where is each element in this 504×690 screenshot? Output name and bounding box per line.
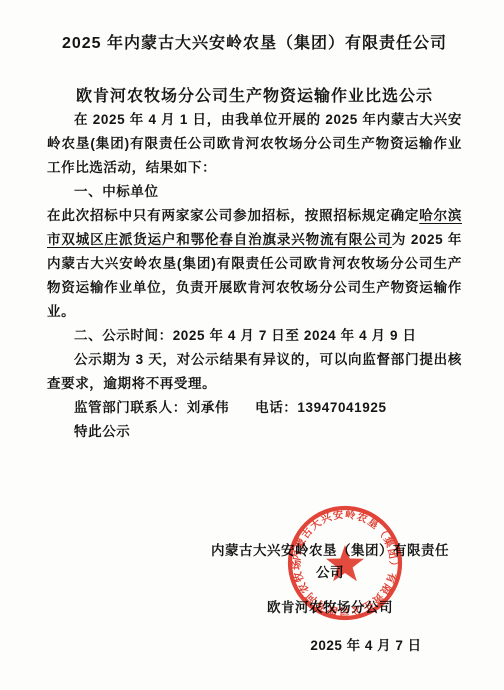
signature-block: 内蒙古大兴安岭农垦（集团）有限责任公司 欧肯河农牧场分公司 2025 年 4 月… [210, 540, 450, 657]
signature-date: 2025 年 4 月 7 日 [210, 635, 450, 657]
contact-phone: 电话：13947041925 [255, 400, 387, 415]
document-body: 2025 年内蒙古大兴安岭农垦（集团）有限责任公司 欧肯河农牧场分公司生产物资运… [47, 33, 462, 444]
section1-heading: 一、中标单位 [47, 180, 462, 204]
document-page: 2025 年内蒙古大兴安岭农垦（集团）有限责任公司 欧肯河农牧场分公司生产物资运… [0, 0, 504, 690]
document-title-line1: 2025 年内蒙古大兴安岭农垦（集团）有限责任公司 [47, 33, 462, 55]
signature-company-line1: 内蒙古大兴安岭农垦（集团）有限责任公司 [210, 540, 450, 584]
section2-publicity-period: 二、公示时间：2025 年 4 月 7 日至 2024 年 4 月 9 日 [47, 324, 462, 348]
opening-paragraph: 在 2025 年 4 月 1 日，由我单位开展的 2025 年内蒙古大兴安岭农垦… [47, 108, 462, 180]
contact-person: 监管部门联系人：刘承伟 [74, 400, 229, 415]
document-title-line2: 欧肯河农牧场分公司生产物资运输作业比选公示 [47, 86, 462, 108]
closing-statement: 特此公示 [47, 420, 462, 444]
contact-line: 监管部门联系人：刘承伟电话：13947041925 [47, 396, 462, 420]
winner-text-pre: 在此次招标中只有两家家公司参加招标，按照招标规定确定 [47, 208, 419, 223]
signature-company-line2: 欧肯河农牧场分公司 [210, 597, 450, 619]
winner-paragraph: 在此次招标中只有两家家公司参加招标，按照招标规定确定哈尔滨市双城区庄派货运户和鄂… [47, 204, 462, 324]
objection-paragraph: 公示期为 3 天，对公示结果有异议的，可以向监督部门提出核查要求，逾期将不再受理… [47, 348, 462, 396]
